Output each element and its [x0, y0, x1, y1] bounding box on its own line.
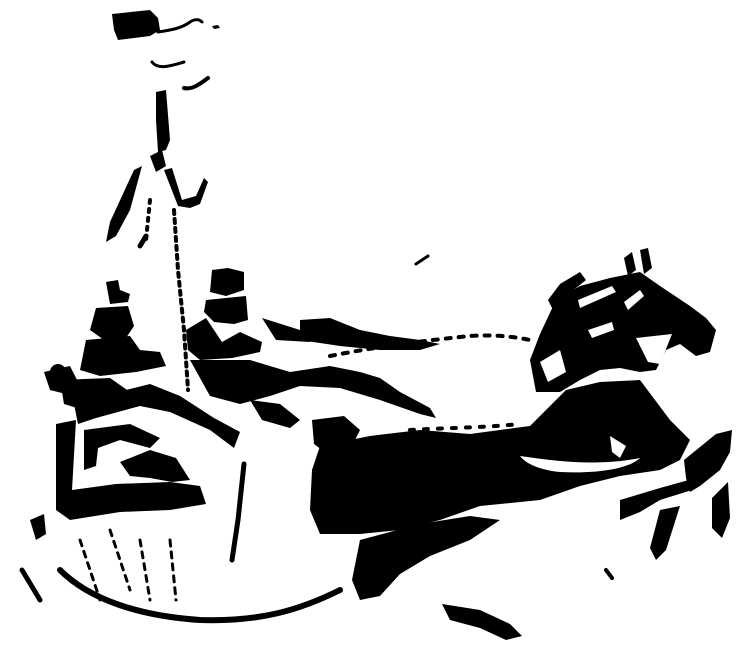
ink-illustration: [0, 0, 749, 645]
